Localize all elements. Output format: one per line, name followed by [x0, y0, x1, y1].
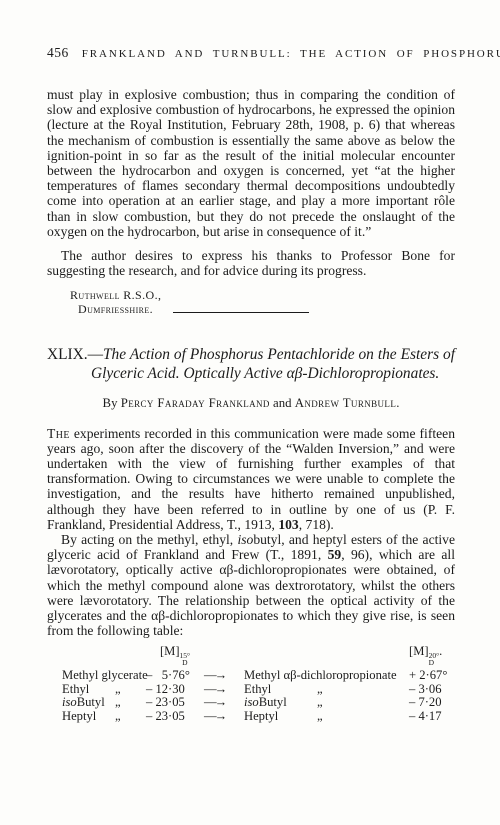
cell-left-value: – 5·76° [146, 669, 204, 682]
iso-prefix: iso [244, 695, 259, 709]
m15-sub: D [180, 660, 191, 667]
cell-left-value: – 23·05 [146, 696, 204, 709]
journal-page: 456 FRANKLAND AND TURNBULL: THE ACTION O… [0, 0, 500, 825]
cell-right-name: Methyl αβ-dichloropropionate [244, 669, 409, 682]
author-frankland: Percy Faraday Frankland [121, 396, 270, 410]
paragraph-combustion: must play in explosive combustion; thus … [47, 87, 455, 239]
iso-prefix: iso [62, 695, 77, 709]
arrow-icon: —→ [204, 683, 244, 696]
paragraph-experiments: The experiments recorded in this communi… [47, 426, 455, 532]
arrow-icon: —→ [204, 696, 244, 709]
cell-right-value: – 7·20 [409, 696, 464, 709]
ditto-mark: „ [113, 710, 146, 723]
cell-left-name: Methyl glycerate [62, 669, 146, 682]
ditto-mark: „ [289, 683, 409, 696]
cell-left-name: Heptyl [62, 710, 113, 723]
page-header: 456 FRANKLAND AND TURNBULL: THE ACTION O… [47, 45, 455, 61]
article-number: XLIX.— [47, 346, 103, 363]
name-rest: Butyl [259, 695, 287, 709]
signature-county-line: Dumfriesshire. [78, 302, 455, 316]
cell-right-value: – 3·06 [409, 683, 464, 696]
author-turnbull: Andrew Turnbull [295, 396, 397, 410]
cell-right-name: Ethyl [244, 683, 289, 696]
page-number: 456 [47, 45, 69, 61]
intro-text-1: experiments recorded in this communicati… [47, 426, 455, 532]
paragraph-acknowledgment: The author desires to express his thanks… [47, 248, 455, 278]
name-rest: Butyl [77, 695, 105, 709]
cell-left-name: isoButyl [62, 696, 113, 709]
acting-text-1: By acting on the methyl, ethyl, [61, 532, 237, 547]
m20-sub: D [429, 660, 440, 667]
intro-lead-word: The [47, 426, 70, 441]
header-molecular-rotation-15: [M]15°D [146, 645, 204, 666]
table-header-row: [M]15°D [M]20°D. [62, 645, 455, 666]
ditto-mark: „ [113, 696, 146, 709]
running-title: FRANKLAND AND TURNBULL: THE ACTION OF PH… [82, 48, 500, 60]
table-row-methyl: Methyl glycerate – 5·76° —→ Methyl αβ-di… [62, 669, 455, 682]
article-title: XLIX.—The Action of Phosphorus Pentachlo… [47, 346, 455, 383]
arrow-icon: —→ [204, 710, 244, 723]
ditto-mark: „ [113, 683, 146, 696]
rotation-table: [M]15°D [M]20°D. Methyl glycerate – 5·76… [62, 645, 455, 723]
paragraph-by-acting: By acting on the methyl, ethyl, isobutyl… [47, 532, 455, 638]
cell-right-value: + 2·67° [409, 669, 464, 682]
cell-right-name: isoButyl [244, 696, 289, 709]
m20-period: . [439, 644, 442, 658]
section-divider-rule [173, 312, 309, 313]
signature-county: Dumfriesshire. [78, 302, 153, 316]
intro-reference-volume: 103 [278, 517, 298, 532]
signature-block: Ruthwell R.S.O., Dumfriesshire. [47, 288, 455, 316]
acting-iso-prefix: iso [237, 532, 253, 547]
signature-place: Ruthwell R.S.O., [70, 288, 161, 302]
byline-and: and [270, 396, 295, 410]
signature-place-line: Ruthwell R.S.O., [70, 288, 455, 302]
intro-text-2: , 718). [299, 517, 334, 532]
m15-base: [M] [160, 644, 180, 658]
byline: By Percy Faraday Frankland and Andrew Tu… [47, 396, 455, 411]
table-row-isobutyl: isoButyl „ – 23·05 —→ isoButyl „ – 7·20 [62, 696, 455, 709]
table-row-heptyl: Heptyl „ – 23·05 —→ Heptyl „ – 4·17 [62, 710, 455, 723]
cell-right-name: Heptyl [244, 710, 289, 723]
table-row-ethyl: Ethyl „ – 12·30 —→ Ethyl „ – 3·06 [62, 683, 455, 696]
article-title-text: The Action of Phosphorus Pentachloride o… [91, 346, 455, 382]
byline-by: By [103, 396, 121, 410]
m20-base: [M] [409, 644, 429, 658]
cell-left-value: – 23·05 [146, 710, 204, 723]
byline-period: . [396, 396, 399, 410]
cell-left-value: – 12·30 [146, 683, 204, 696]
cell-right-value: – 4·17 [409, 710, 464, 723]
arrow-icon: —→ [204, 669, 244, 682]
header-molecular-rotation-20: [M]20°D. [409, 645, 464, 666]
acting-reference-volume: 59 [328, 547, 342, 562]
cell-left-name: Ethyl [62, 683, 113, 696]
ditto-mark: „ [289, 710, 409, 723]
m20-supsub: 20°D [429, 653, 440, 666]
m15-supsub: 15°D [180, 653, 191, 666]
ditto-mark: „ [289, 696, 409, 709]
